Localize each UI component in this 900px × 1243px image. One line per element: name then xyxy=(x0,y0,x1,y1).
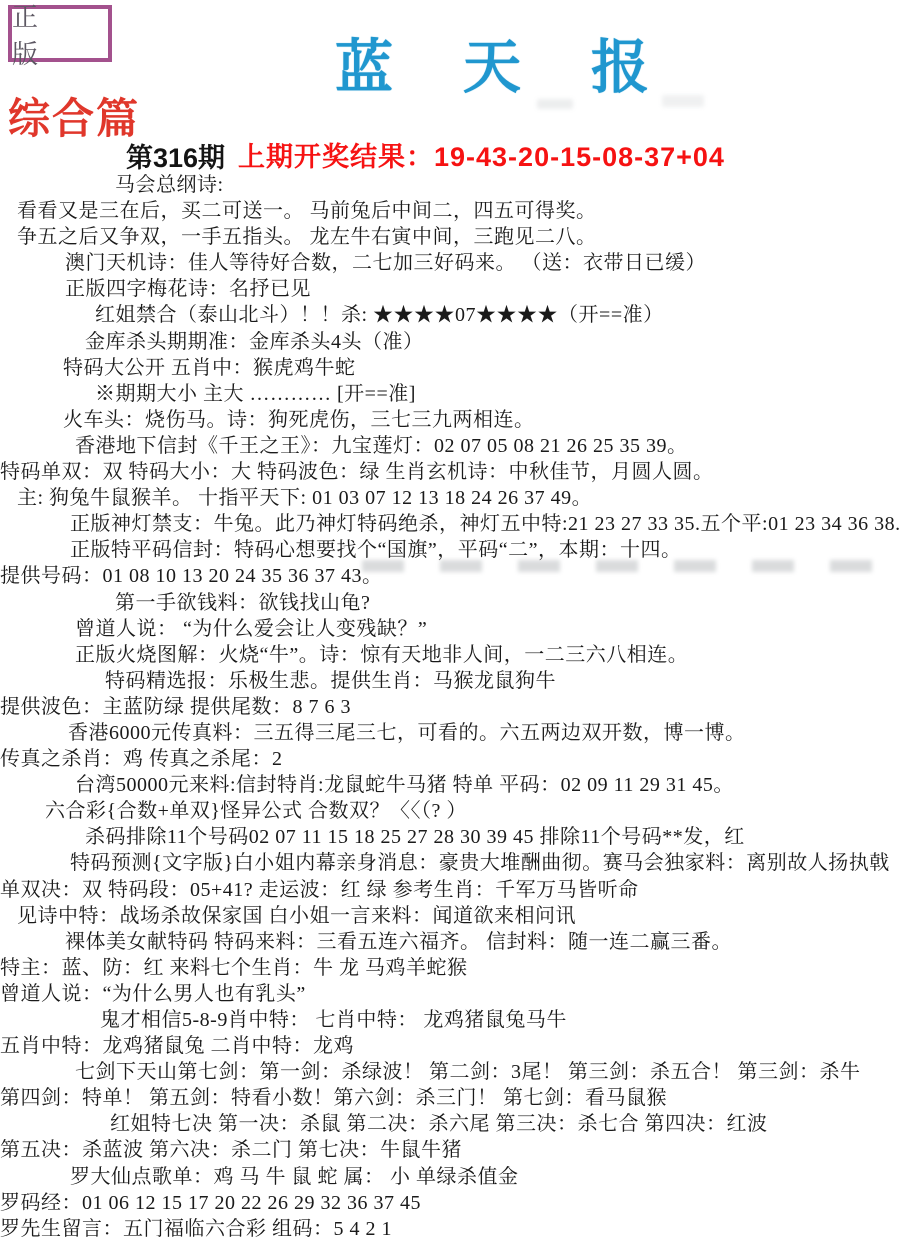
text-line: 第五决：杀蓝波 第六决：杀二门 第七决：牛鼠牛猪 xyxy=(0,1137,900,1163)
text-line: 正版火烧图解：火烧“牛”。诗：惊有天地非人间，一二三六八相连。 xyxy=(0,642,900,668)
text-line: 提供波色：主蓝防绿 提供尾数：8 7 6 3 xyxy=(0,694,900,720)
newspaper-title: 蓝天报 xyxy=(335,20,719,104)
text-line: 曾道人说：“为什么男人也有乳头” xyxy=(0,981,900,1007)
text-line: 正版神灯禁支：牛兔。此乃神灯特码绝杀，神灯五中特:21 23 27 33 35.… xyxy=(0,511,900,537)
text-line: 特码精选报：乐极生悲。提供生肖：马猴龙鼠狗牛 xyxy=(0,668,900,694)
text-line: 马会总纲诗: xyxy=(0,172,900,198)
text-line: 香港6000元传真料：三五得三尾三七，可看的。六五两边双开数，博一博。 xyxy=(0,720,900,746)
text-line: 特主：蓝、防：红 来料七个生肖：牛 龙 马鸡羊蛇猴 xyxy=(0,955,900,981)
text-line: 六合彩{合数+单双}怪异公式 合数双？〈〈（? ） xyxy=(0,798,900,824)
text-line: 鬼才相信5-8-9肖中特： 七肖中特： 龙鸡猪鼠兔马牛 xyxy=(0,1007,900,1033)
text-line: 主: 狗兔牛鼠猴羊。 十指平天下: 01 03 07 12 13 18 24 2… xyxy=(0,485,900,511)
text-line: 罗大仙点歌单：鸡 马 牛 鼠 蛇 属： 小 单绿杀值金 xyxy=(0,1164,900,1190)
text-line: 罗码经：01 06 12 15 17 20 22 26 29 32 36 37 … xyxy=(0,1190,900,1216)
text-line: 火车头：烧伤马。诗：狗死虎伤，三七三九两相连。 xyxy=(0,407,900,433)
edition-badge: 正 版 xyxy=(8,5,112,62)
text-line: 红姐特七决 第一决：杀鼠 第二决：杀六尾 第三决：杀七合 第四决：红波 xyxy=(0,1111,900,1137)
text-line: 单双决：双 特码段：05+41? 走运波：红 绿 参考生肖：千军万马皆听命 xyxy=(0,877,900,903)
page-root: { "header": { "edition_badge": "正 版", "t… xyxy=(0,0,900,1243)
text-line: 裸体美女献特码 特码来料：三看五连六福齐。 信封料：随一连二赢三番。 xyxy=(0,929,900,955)
text-line: 特码大公开 五肖中：猴虎鸡牛蛇 xyxy=(0,355,900,381)
text-line: 提供号码：01 08 10 13 20 24 35 36 37 43。 xyxy=(0,563,900,589)
text-line: ※期期大小 主大 ………… [开==准] xyxy=(0,381,900,407)
text-line: 正版四字梅花诗：名抒已见 xyxy=(0,276,900,302)
text-line: 金库杀头期期准：金库杀头4头（准） xyxy=(0,329,900,355)
text-line: 第四剑：特单！ 第五剑：特看小数！第六剑：杀三门！ 第七剑：看马鼠猴 xyxy=(0,1085,900,1111)
text-line: 台湾50000元来料:信封特肖:龙鼠蛇牛马猪 特单 平码：02 09 11 29… xyxy=(0,772,900,798)
text-line: 七剑下天山第七剑：第一剑：杀绿波！ 第二剑：3尾！ 第三剑：杀五合！ 第三剑：杀… xyxy=(0,1059,900,1085)
section-title: 综合篇 xyxy=(8,86,140,146)
text-line: 第一手欲钱料：欲钱找山龟? xyxy=(0,590,900,616)
text-line: 杀码排除11个号码02 07 11 15 18 25 27 28 30 39 4… xyxy=(0,824,900,850)
text-line: 红姐禁合（泰山北斗）！！杀: ★★★★07★★★★（开==准） xyxy=(0,302,900,328)
text-line: 罗先生留言：五门福临六合彩 组码：5 4 2 1 xyxy=(0,1216,900,1242)
edition-badge-label: 正 版 xyxy=(12,0,134,71)
text-line: 正版特平码信封：特码心想要找个“国旗”，平码“二”，本期：十四。 xyxy=(0,537,900,563)
text-line: 特码预测{文字版}白小姐内幕亲身消息：豪贵大堆酬曲彻。赛马会独家料：离别故人扬执… xyxy=(0,850,900,876)
text-line: 见诗中特：战场杀故保家国 白小姐一言来料：闻道欲来相问讯 xyxy=(0,903,900,929)
text-line: 五肖中特：龙鸡猪鼠兔 二肖中特：龙鸡 xyxy=(0,1033,900,1059)
text-line: 澳门天机诗：佳人等待好合数，二七加三好码来。 （送：衣带日已缓） xyxy=(0,250,900,276)
last-draw-result: 上期开奖结果：19-43-20-15-08-37+04 xyxy=(238,135,725,174)
text-line: 争五之后又争双，一手五指头。 龙左牛右寅中间，三跑见二八。 xyxy=(0,224,900,250)
body-text-block: 马会总纲诗:看看又是三在后，买二可送一。 马前兔后中间二，四五可得奖。争五之后又… xyxy=(0,172,900,1242)
text-line: 特码单双：双 特码大小：大 特码波色：绿 生肖玄机诗：中秋佳节，月圆人圆。 xyxy=(0,459,900,485)
text-line: 看看又是三在后，买二可送一。 马前兔后中间二，四五可得奖。 xyxy=(0,198,900,224)
text-line: 曾道人说： “为什么爱会让人变残缺？” xyxy=(0,616,900,642)
issue-label: 第316期 xyxy=(126,136,225,175)
text-line: 香港地下信封《千王之王》：九宝莲灯：02 07 05 08 21 26 25 3… xyxy=(0,433,900,459)
text-line: 传真之杀肖：鸡 传真之杀尾：2 xyxy=(0,746,900,772)
